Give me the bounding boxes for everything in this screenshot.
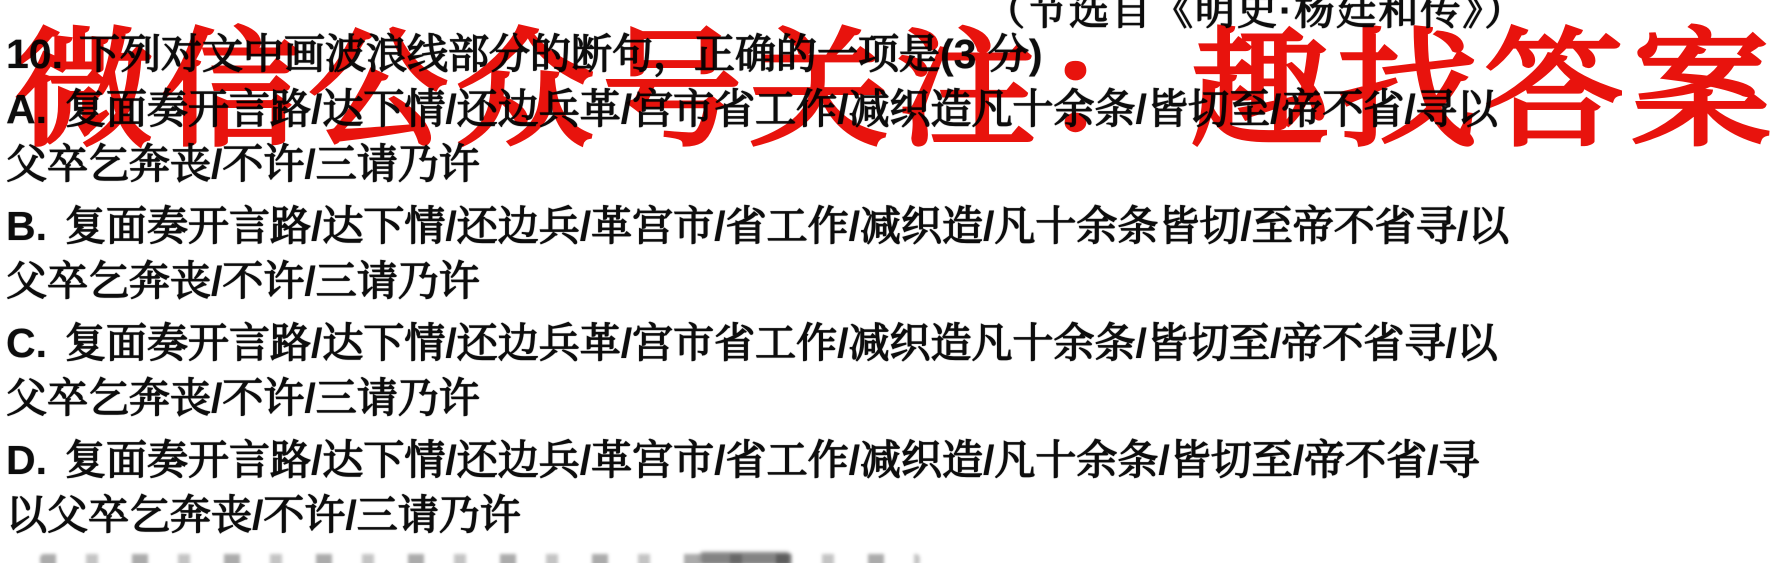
option-d-line-1: D.复面奏开言路/达下情/还边兵/革宫市/省工作/减织造/凡十余条/皆切至/帝不…: [6, 433, 1781, 488]
option-c-text-2: 父卒乞奔丧/不许/三请乃许: [6, 371, 1781, 426]
option-a-text-2: 父卒乞奔丧/不许/三请乃许: [6, 137, 1781, 192]
clipped-glyph-smudge: [700, 552, 790, 563]
option-b-text-2: 父卒乞奔丧/不许/三请乃许: [6, 254, 1781, 309]
option-c: C.复面奏开言路/达下情/还边兵革/宫市省工作/减织造凡十余条/皆切至/帝不省寻…: [6, 316, 1781, 426]
question-stem: 下列对文中画波浪线部分的断句，正确的一项是(3 分): [79, 31, 1043, 77]
option-d-text-2: 以父卒乞奔丧/不许/三请乃许: [6, 488, 1781, 543]
option-a-label: A.: [6, 86, 47, 132]
option-d: D.复面奏开言路/达下情/还边兵/革宫市/省工作/减织造/凡十余条/皆切至/帝不…: [6, 433, 1781, 543]
option-d-text-1: 复面奏开言路/达下情/还边兵/革宫市/省工作/减织造/凡十余条/皆切至/帝不省/…: [65, 437, 1480, 483]
exam-scan-page: （节选自《明史·杨廷和传》） 10.下列对文中画波浪线部分的断句，正确的一项是(…: [0, 0, 1785, 563]
option-b-label: B.: [6, 203, 47, 249]
option-c-label: C.: [6, 320, 47, 366]
option-c-text-1: 复面奏开言路/达下情/还边兵革/宫市省工作/减织造凡十余条/皆切至/帝不省寻/以: [65, 320, 1498, 366]
option-a-line-1: A.复面奏开言路/达下情/还边兵革/宫市省工作/减织造凡十余条/皆切至/帝不省/…: [6, 82, 1781, 137]
option-d-label: D.: [6, 437, 47, 483]
option-b-text-1: 复面奏开言路/达下情/还边兵/革宫市/省工作/减织造/凡十余条皆切/至帝不省寻/…: [65, 203, 1509, 249]
question-block: 10.下列对文中画波浪线部分的断句，正确的一项是(3 分) A.复面奏开言路/达…: [0, 0, 1785, 543]
option-c-line-1: C.复面奏开言路/达下情/还边兵革/宫市省工作/减织造凡十余条/皆切至/帝不省寻…: [6, 316, 1781, 371]
question-number: 10.: [6, 31, 63, 77]
question-stem-line: 10.下列对文中画波浪线部分的断句，正确的一项是(3 分): [6, 26, 1781, 82]
option-a-text-1: 复面奏开言路/达下情/还边兵革/宫市省工作/减织造凡十余条/皆切至/帝不省/寻以: [65, 86, 1498, 132]
option-a: A.复面奏开言路/达下情/还边兵革/宫市省工作/减织造凡十余条/皆切至/帝不省/…: [6, 82, 1781, 192]
option-b: B.复面奏开言路/达下情/还边兵/革宫市/省工作/减织造/凡十余条皆切/至帝不省…: [6, 199, 1781, 309]
clipped-next-line-fragment: [40, 554, 920, 563]
option-b-line-1: B.复面奏开言路/达下情/还边兵/革宫市/省工作/减织造/凡十余条皆切/至帝不省…: [6, 199, 1781, 254]
